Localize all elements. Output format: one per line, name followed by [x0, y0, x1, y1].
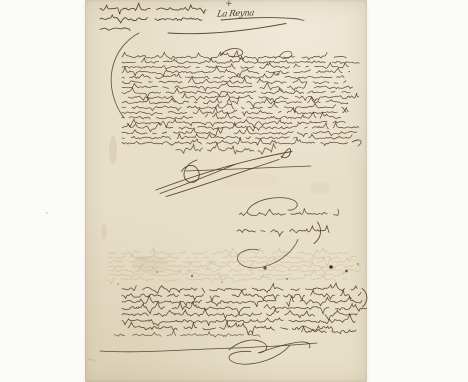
foxing-spot: [345, 270, 348, 273]
la-reyna-underline: [221, 18, 304, 21]
showthrough-smudge: [220, 172, 280, 188]
royal-signature-script: [176, 142, 276, 154]
notarial-extra-line: [128, 321, 333, 335]
closing-line: [114, 330, 260, 337]
closing-signature-script: [302, 326, 357, 333]
countersignature-1-loop: [247, 198, 297, 212]
notarial-block-text: [122, 283, 367, 326]
rubric-monogram-loop: [182, 160, 200, 182]
foxing-spot: [156, 271, 158, 273]
rubric-horizontal: [186, 166, 311, 171]
notarial-right-brace: [362, 289, 367, 308]
docket-note: [100, 3, 206, 30]
showthrough-smudge: [109, 136, 117, 164]
photo-canvas: + La Reyna: [0, 0, 468, 382]
showthrough-smudge: [101, 224, 107, 240]
countersignature-1: [239, 208, 338, 215]
showthrough-smudge: [310, 182, 330, 194]
pencil-inventory-mark: [86, 359, 95, 361]
foxing-spot: [357, 263, 359, 265]
foxing-spot: [191, 275, 193, 277]
main-body-text: [122, 51, 359, 146]
foxing-spot: [117, 283, 119, 285]
foxing-spot: [329, 265, 333, 269]
handwriting-layer: [0, 0, 468, 382]
dust-speck: [46, 212, 48, 214]
foxing-spot: [221, 281, 223, 283]
opening-flourish-curve: [111, 33, 139, 118]
main-text-top-loop-2: [279, 51, 292, 57]
countersignature-2-right-curl: [314, 222, 321, 244]
foxing-spot: [263, 266, 266, 269]
main-text-top-loop: [220, 48, 243, 56]
main-text-end-rubric: [352, 140, 361, 146]
la-reyna-sweep: [168, 24, 286, 34]
countersignature-2: [237, 226, 329, 236]
foxing-spot: [286, 278, 288, 280]
